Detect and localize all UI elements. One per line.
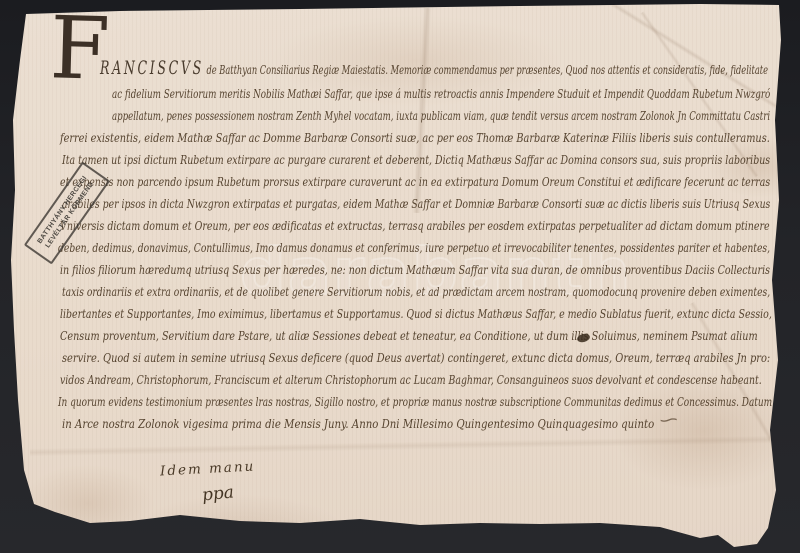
manuscript-line: vidos Andream, Christophorum, Franciscum…	[60, 370, 800, 390]
manuscript-line: ac fidelium Servitiorum meritis Nobilis …	[112, 84, 800, 104]
parchment-document: darabanth F RANCISCVS de Batthyan Consil…	[0, 0, 800, 553]
manuscript-line: deben, dedimus, donavimus, Contullimus, …	[58, 238, 800, 258]
manuscript-heading-line: RANCISCVS de Batthyan Consiliarius Regiæ…	[100, 58, 800, 80]
manuscript-line: et expensis non parcendo ipsum Rubetum p…	[60, 172, 800, 192]
heading-rest: de Batthyan Consiliarius Regiæ Maiestati…	[206, 62, 767, 77]
manuscript-line: libertantes et Supportantes, Imo eximimu…	[60, 304, 800, 324]
paper-crease	[30, 436, 770, 457]
signature-idem-manu: Idem manu	[160, 458, 256, 481]
manuscript-line: in filios filiorum hæredumq utriusq Sexu…	[60, 260, 800, 280]
heading-name-caps: RANCISCVS	[100, 57, 204, 79]
manuscript-line: arabiles per ipsos in dicta Nwzgron exti…	[62, 194, 800, 214]
manuscript-line: taxis ordinariis et extra ordinariis, et…	[62, 282, 800, 302]
signature-ppa: ppa	[201, 482, 235, 505]
photo-background: darabanth F RANCISCVS de Batthyan Consil…	[0, 0, 800, 553]
manuscript-line: Censum proventum, Servitium dare Pstare,…	[60, 326, 800, 346]
manuscript-line: In quorum evidens testimonium præsentes …	[58, 392, 800, 412]
manuscript-line: ferrei existentis, eidem Mathæ Saffar ac…	[60, 128, 800, 148]
manuscript-line: Ita tamen ut ipsi dictum Rubetum extirpa…	[62, 150, 800, 170]
line-end-flourish: ∽	[657, 411, 680, 430]
manuscript-line: servire. Quod si autem in semine utriusq…	[62, 348, 800, 368]
manuscript-line: Vniversis dictam domum et Oreum, per eos…	[60, 216, 800, 236]
manuscript-line: appellatum, penes possessionem nostram Z…	[112, 106, 800, 126]
manuscript-line: in Arce nostra Zolonok vigesima prima di…	[62, 414, 791, 434]
